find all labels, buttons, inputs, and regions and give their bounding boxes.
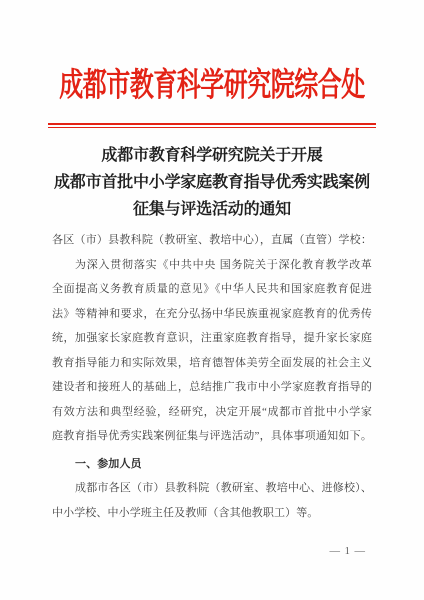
body-line: 成都市各区（市）县教科院（教研室、教培中心、进修校）、 [52,476,372,501]
body-line: 统，加强家长家庭教育意识，注重家庭教育指导，提升家长家庭 [52,326,372,351]
document-body: 各区（市）县教科院（教研室、教培中心），直属（直管）学校： 为深入贯彻落实《中共… [52,228,372,525]
document-title-line-1: 成都市教育科学研究院关于开展 [0,142,424,169]
page-number: — 1 — [330,546,367,557]
section-heading-participants: 一、参加人员 [52,452,372,477]
salutation-line: 各区（市）县教科院（教研室、教培中心），直属（直管）学校： [52,228,372,253]
body-line: 全面提高义务教育质量的意见》《中华人民共和国家庭教育促进 [52,277,372,302]
body-line: 有效方法和典型经验，经研究，决定开展“成都市首批中小学家 [52,400,372,425]
body-line: 教育指导能力和实际效果，培育德智体美劳全面发展的社会主义 [52,351,372,376]
body-line: 庭教育指导优秀实践案例征集与评选活动”，具体事项通知如下。 [52,424,372,449]
letterhead: 成都市教育科学研究院综合处 [0,58,424,104]
document-title-line-2: 成都市首批中小学家庭教育指导优秀实践案例 [0,169,424,196]
letterhead-double-rule [48,123,376,128]
body-line: 建设者和接班人的基础上，总结推广我市中小学家庭教育指导的 [52,375,372,400]
body-line: 为深入贯彻落实《中共中央 国务院关于深化教育教学改革 [52,253,372,278]
document-title: 成都市教育科学研究院关于开展 成都市首批中小学家庭教育指导优秀实践案例 征集与评… [0,142,424,223]
body-line: 法》等精神和要求，在充分弘扬中华民族重视家庭教育的优秀传 [52,302,372,327]
body-line: 中小学校、中小学班主任及教师（含其他教职工）等。 [52,501,372,526]
letterhead-org-name: 成都市教育科学研究院综合处 [59,57,365,104]
document-page: 成都市教育科学研究院综合处 成都市教育科学研究院关于开展 成都市首批中小学家庭教… [0,0,424,600]
document-title-line-3: 征集与评选活动的通知 [0,196,424,223]
